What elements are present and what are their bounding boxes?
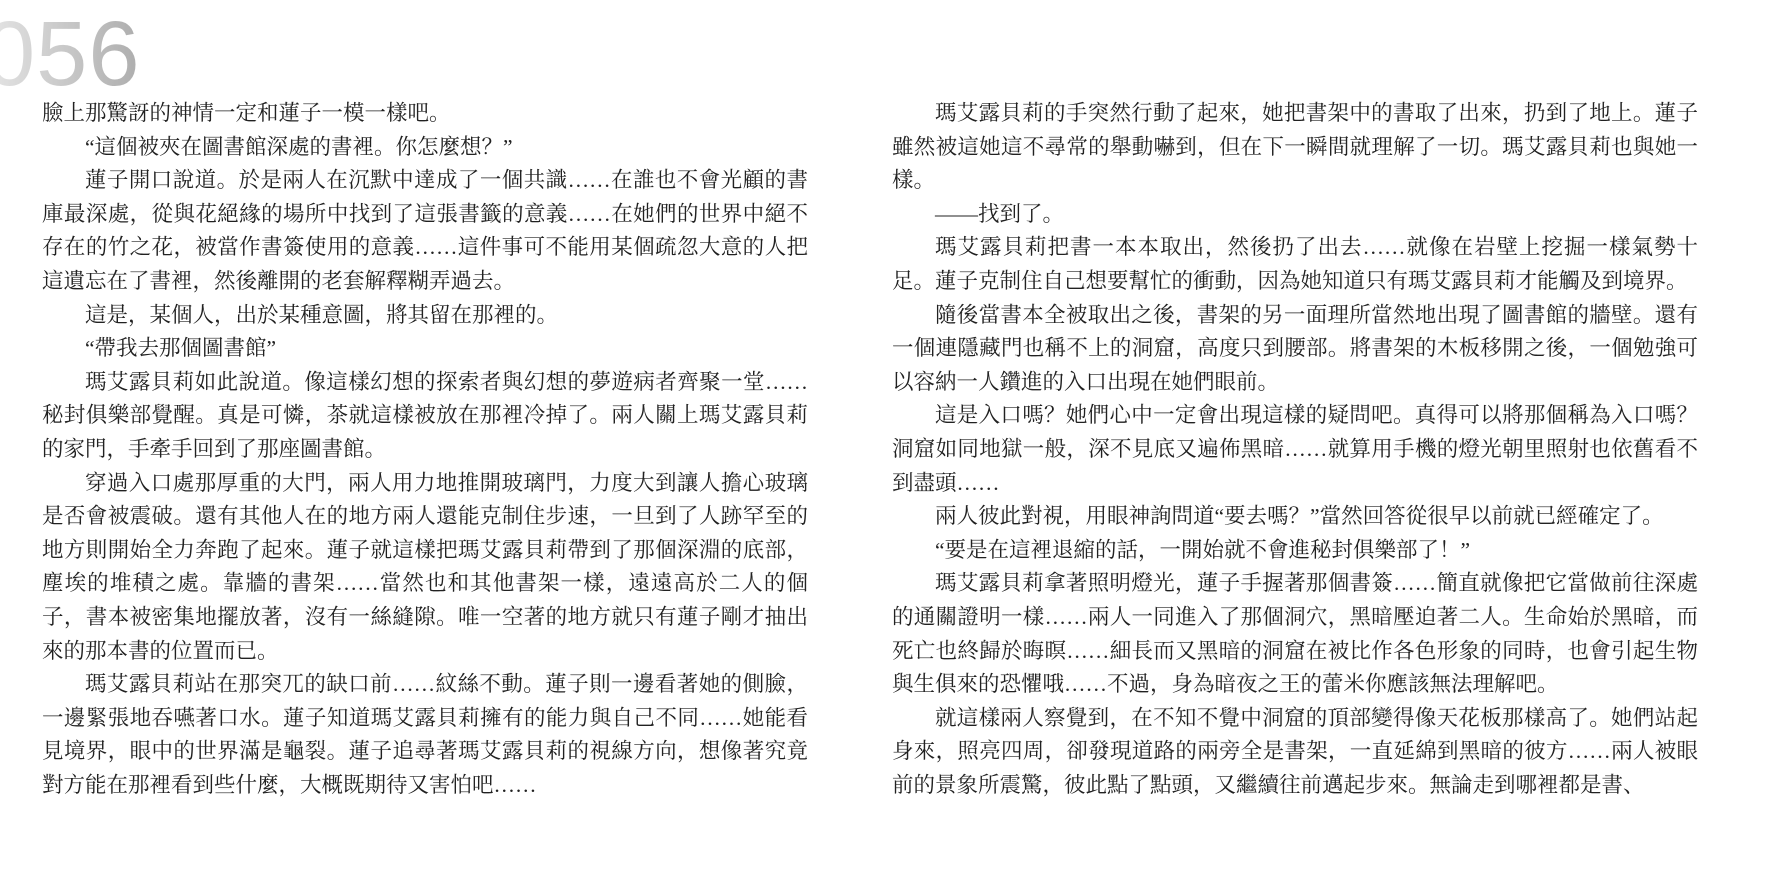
right-page-text: 瑪艾露貝莉的手突然行動了起來，她把書架中的書取了出來，扔到了地上。蓮子雖然被這她… [892, 97, 1698, 802]
paragraph: 臉上那驚訝的神情一定和蓮子一模一樣吧。 [42, 97, 808, 131]
paragraph: “要是在這裡退縮的話，一開始就不會進秘封俱樂部了！” [892, 534, 1698, 568]
paragraph: 兩人彼此對視，用眼神詢問道“要去嗎？”當然回答從很早以前就已經確定了。 [892, 500, 1698, 534]
paragraph: 瑪艾露貝莉把書一本本取出，然後扔了出去……就像在岩壁上挖掘一樣氣勢十足。蓮子克制… [892, 231, 1698, 298]
paragraph: 穿過入口處那厚重的大門，兩人用力地推開玻璃門，力度大到讓人擔心玻璃是否會被震破。… [42, 467, 808, 669]
paragraph: 這是入口嗎？她們心中一定會出現這樣的疑問吧。真得可以將那個稱為入口嗎？洞窟如同地… [892, 399, 1698, 500]
paragraph: 瑪艾露貝莉站在那突兀的缺口前……紋絲不動。蓮子則一邊看著她的側臉，一邊緊張地吞嚥… [42, 668, 808, 802]
paragraph: “帶我去那個圖書館” [42, 332, 808, 366]
book-spread: 056 臉上那驚訝的神情一定和蓮子一模一樣吧。“這個被夾在圖書館深處的書裡。你怎… [0, 0, 1772, 886]
paragraph: 這是，某個人，出於某種意圖，將其留在那裡的。 [42, 299, 808, 333]
paragraph: “這個被夾在圖書館深處的書裡。你怎麼想？” [42, 131, 808, 165]
paragraph: 瑪艾露貝莉拿著照明燈光，蓮子手握著那個書簽……簡直就像把它當做前往深處的通關證明… [892, 567, 1698, 701]
paragraph: 就這樣兩人察覺到，在不知不覺中洞窟的頂部變得像天花板那樣高了。她們站起身來，照亮… [892, 702, 1698, 803]
paragraph: 瑪艾露貝莉的手突然行動了起來，她把書架中的書取了出來，扔到了地上。蓮子雖然被這她… [892, 97, 1698, 198]
page-number: 056 [0, 8, 141, 100]
paragraph: 瑪艾露貝莉如此說道。像這樣幻想的探索者與幻想的夢遊病者齊聚一堂……秘封俱樂部覺醒… [42, 366, 808, 467]
paragraph: ——找到了。 [892, 198, 1698, 232]
paragraph: 蓮子開口說道。於是兩人在沉默中達成了一個共識……在誰也不會光顧的書庫最深處，從與… [42, 164, 808, 298]
left-page-text: 臉上那驚訝的神情一定和蓮子一模一樣吧。“這個被夾在圖書館深處的書裡。你怎麼想？”… [42, 97, 808, 802]
paragraph: 隨後當書本全被取出之後，書架的另一面理所當然地出現了圖書館的牆壁。還有一個連隱藏… [892, 299, 1698, 400]
